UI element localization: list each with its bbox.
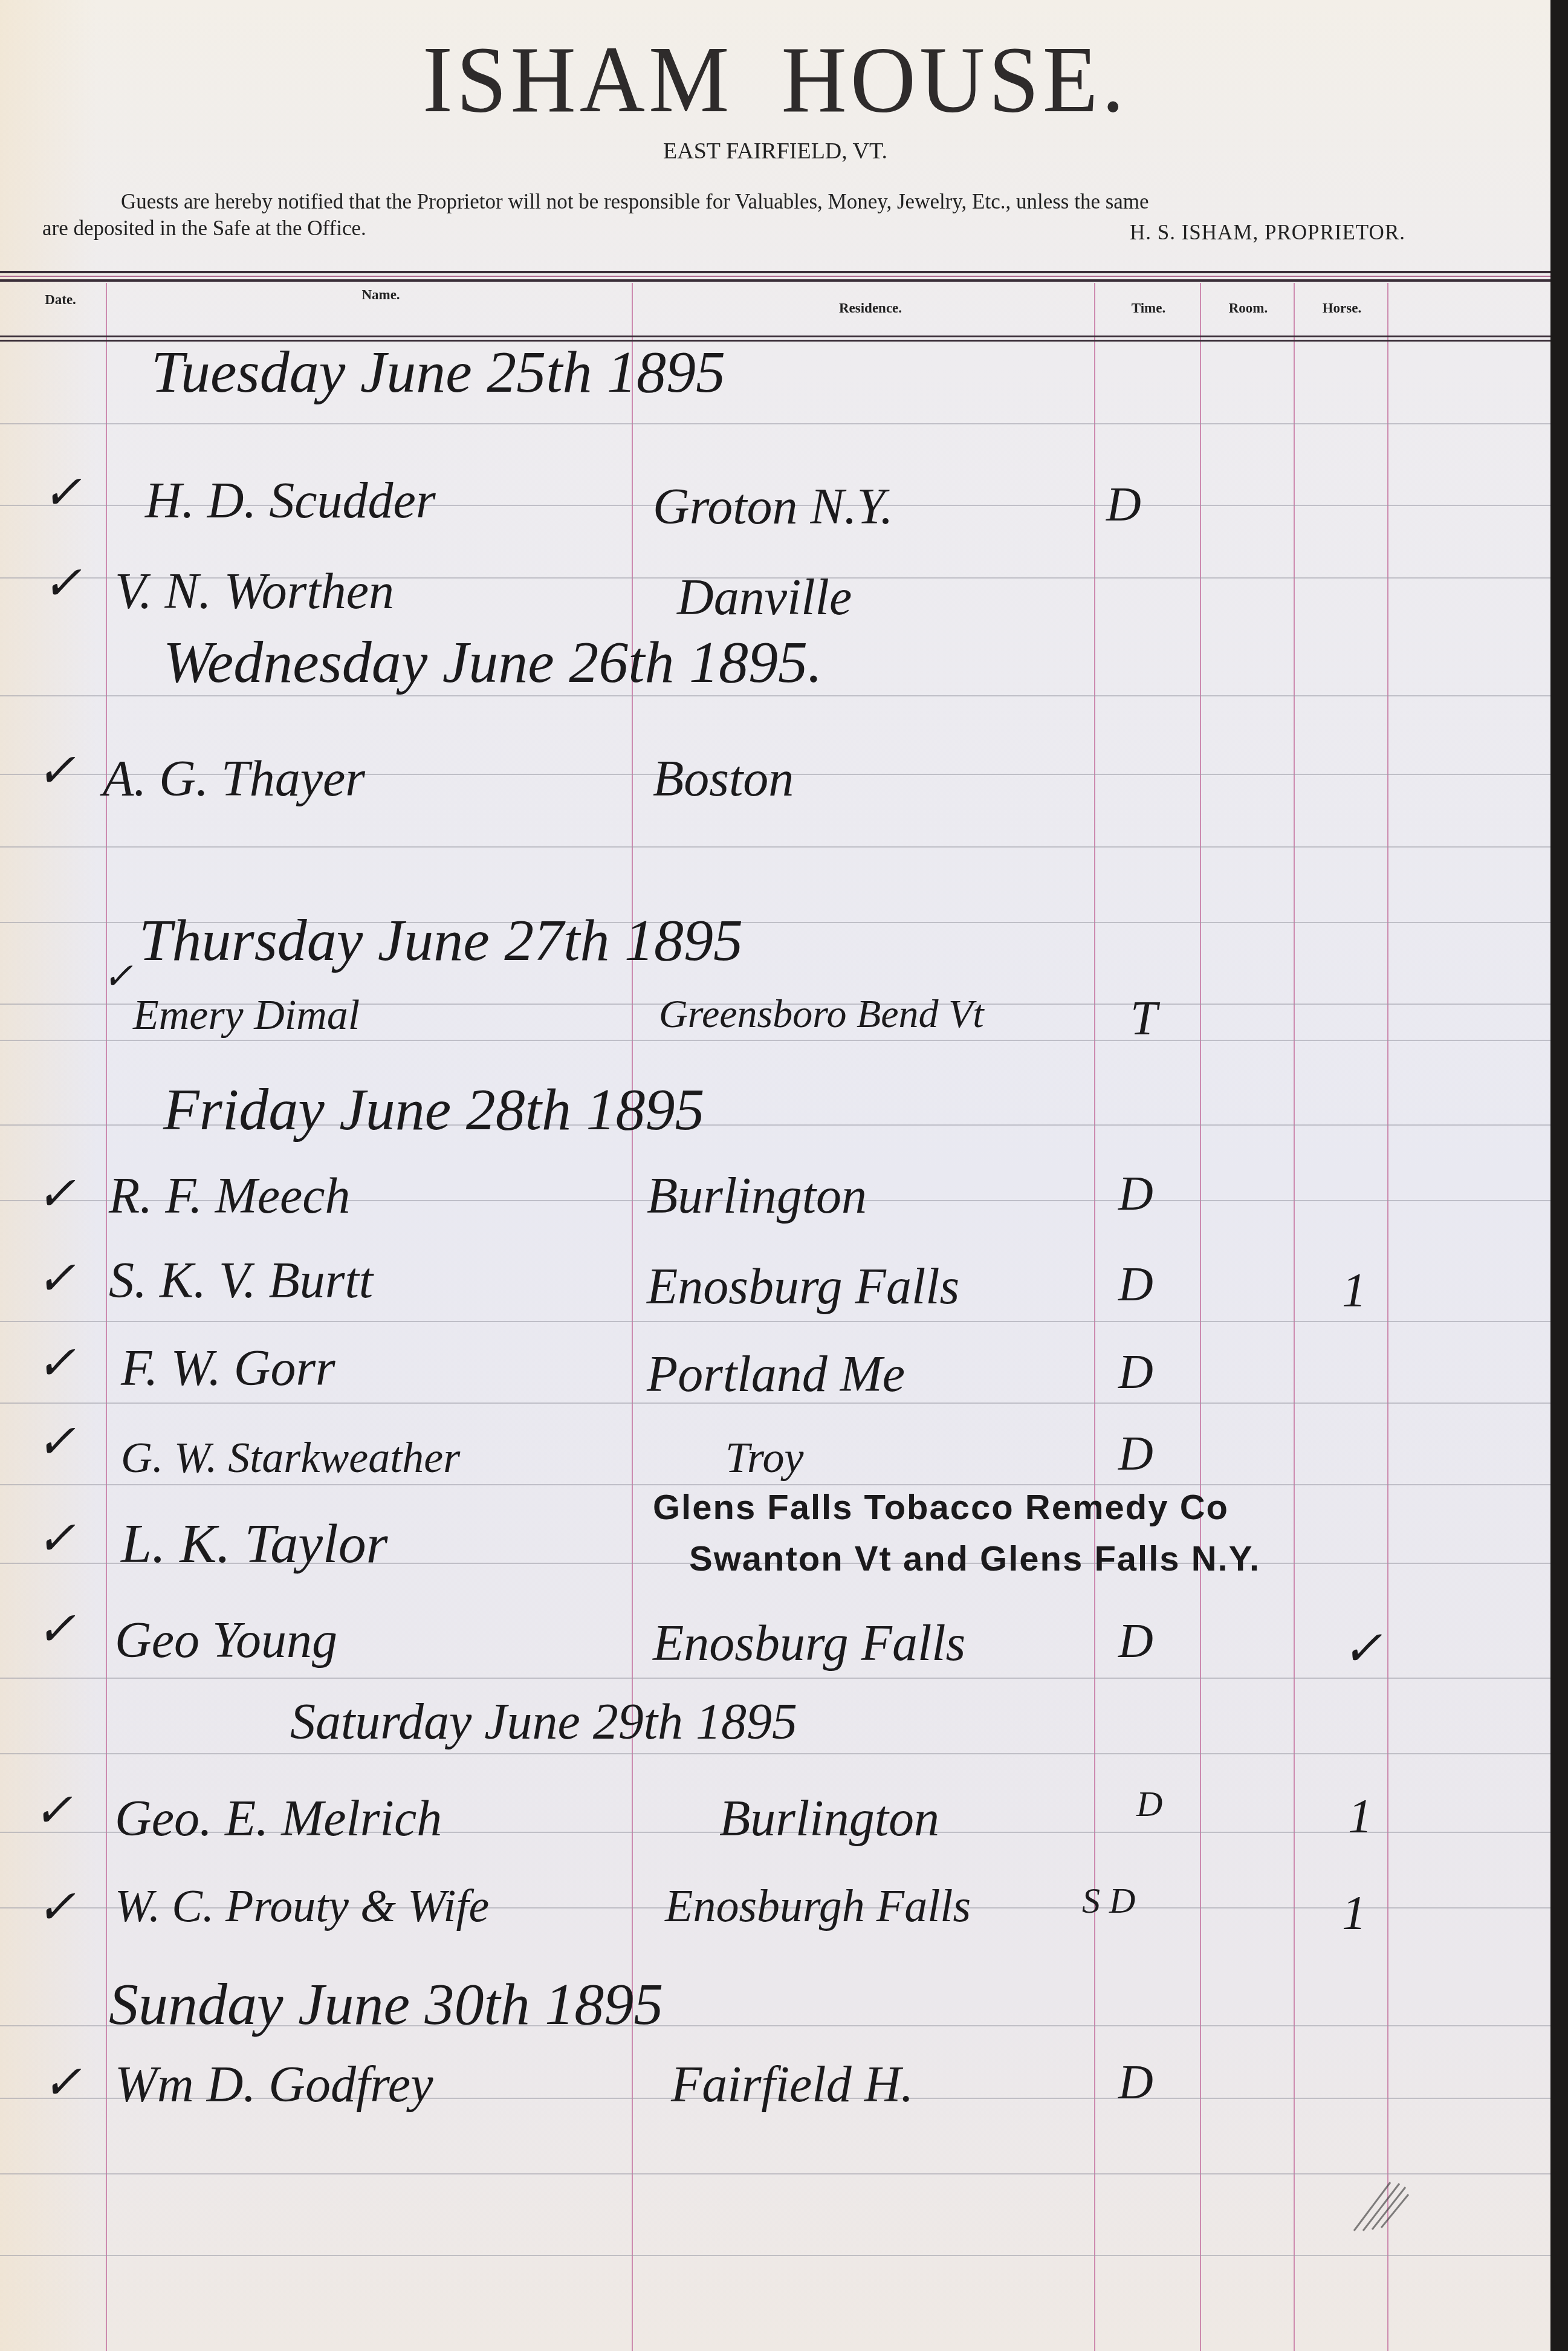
- check-mark: ✓: [36, 1511, 76, 1566]
- guest-residence: Enosburg Falls: [653, 1614, 965, 1673]
- guest-name: A. G. Thayer: [103, 750, 365, 808]
- row-rule: [0, 1753, 1550, 1754]
- check-mark: ✓: [36, 1880, 76, 1934]
- guest-residence: Enosburg Falls: [647, 1257, 959, 1316]
- guest-name: V. N. Worthen: [115, 562, 394, 621]
- guest-residence-line2: Swanton Vt and Glens Falls N.Y.: [689, 1539, 1260, 1579]
- guest-residence: Danville: [677, 568, 852, 627]
- guest-time: D: [1118, 1167, 1153, 1222]
- guest-name: S. K. V. Burtt: [109, 1251, 373, 1310]
- guest-residence: Portland Me: [647, 1345, 905, 1404]
- book-binding-edge: [1550, 0, 1568, 2351]
- check-mark: ✓: [33, 1783, 73, 1838]
- row-rule: [0, 1040, 1550, 1041]
- header-rule-top: [0, 271, 1550, 283]
- page-title: ISHAMHOUSE.: [0, 25, 1550, 134]
- date-heading: Sunday June 30th 1895: [109, 1971, 663, 2038]
- check-mark: ✓: [42, 556, 82, 611]
- guest-horse: ✓: [1342, 1620, 1382, 1677]
- guest-time: D: [1118, 1345, 1153, 1400]
- guest-name: Wm D. Godfrey: [115, 2055, 433, 2114]
- guest-time: D: [1118, 1257, 1153, 1312]
- row-rule: [0, 2173, 1550, 2174]
- column-rule: [1094, 283, 1095, 2351]
- notice-line-2: are deposited in the Safe at the Office.: [42, 216, 366, 240]
- guest-time: D: [1136, 1783, 1162, 1825]
- check-mark: ✓: [36, 1602, 76, 1656]
- guest-residence: Boston: [653, 750, 794, 808]
- column-rule: [1200, 283, 1201, 2351]
- date-heading: Saturday June 29th 1895: [290, 1693, 797, 1751]
- check-mark: ✓: [36, 1167, 76, 1221]
- column-rule: [1294, 283, 1295, 2351]
- row-rule: [0, 1678, 1550, 1679]
- guest-name: F. W. Gorr: [121, 1339, 335, 1398]
- row-rule: [0, 1321, 1550, 1322]
- header-date: Date.: [36, 292, 85, 340]
- check-mark: ✓: [42, 2055, 82, 2110]
- guest-name: Geo Young: [115, 1611, 337, 1670]
- check-mark: ✓: [36, 1251, 76, 1306]
- check-mark: ✓: [36, 1415, 76, 1469]
- guest-name: L. K. Taylor: [121, 1511, 387, 1575]
- guest-residence: Enosburgh Falls: [665, 1880, 971, 1933]
- guest-residence: Glens Falls Tobacco Remedy Co: [653, 1487, 1229, 1528]
- ledger-page: ISHAMHOUSE. EAST FAIRFIELD, VT. Guests a…: [0, 0, 1550, 2351]
- title-word-isham: ISHAM: [423, 27, 733, 132]
- guest-time: D: [1118, 1427, 1153, 1482]
- guest-time: D: [1118, 1614, 1153, 1669]
- check-mark: ✓: [42, 465, 82, 520]
- date-heading: Friday June 28th 1895: [163, 1076, 704, 1144]
- guest-time: D: [1118, 2055, 1153, 2110]
- guest-time: S D: [1082, 1880, 1135, 1922]
- title-word-house: HOUSE.: [781, 27, 1128, 132]
- guest-residence: Troy: [725, 1433, 803, 1483]
- guest-name: G. W. Starkweather: [121, 1433, 460, 1483]
- date-heading: Tuesday June 25th 1895: [151, 339, 725, 406]
- column-rule: [1387, 283, 1388, 2351]
- ink-smudge-icon: [1348, 2170, 1414, 2237]
- column-header-row: Date. Name. Residence. Time. Room. Horse…: [0, 287, 1550, 336]
- column-rule: [106, 283, 107, 2351]
- header-name: Name.: [339, 287, 423, 336]
- guest-residence: Burlington: [647, 1167, 867, 1225]
- guest-residence: Greensboro Bend Vt: [659, 991, 984, 1037]
- guest-time: T: [1130, 991, 1158, 1046]
- guest-horse: 1: [1348, 1789, 1372, 1844]
- guest-name: W. C. Prouty & Wife: [115, 1880, 489, 1933]
- row-rule: [0, 1484, 1550, 1485]
- guest-name: H. D. Scudder: [145, 472, 436, 530]
- guest-residence: Groton N.Y.: [653, 478, 893, 536]
- column-rule: [632, 283, 633, 2351]
- date-heading: Wednesday June 26th 1895.: [163, 629, 823, 696]
- proprietor-signature: H. S. ISHAM, PROPRIETOR.: [1130, 221, 1405, 245]
- guest-horse: 1: [1342, 1263, 1366, 1318]
- date-heading: Thursday June 27th 1895: [139, 907, 743, 974]
- row-rule: [0, 846, 1550, 848]
- check-mark: ✓: [36, 1336, 76, 1390]
- guest-horse: 1: [1342, 1886, 1366, 1941]
- guest-residence: Fairfield H.: [671, 2055, 913, 2114]
- location-subtitle: EAST FAIRFIELD, VT.: [0, 138, 1550, 164]
- notice-line-1: Guests are hereby notified that the Prop…: [42, 189, 1505, 215]
- guest-name: R. F. Meech: [109, 1167, 351, 1225]
- guest-name: Geo. E. Melrich: [115, 1789, 442, 1848]
- guest-time: D: [1106, 478, 1141, 533]
- check-mark: ✓: [36, 744, 76, 798]
- guest-name: Emery Dimal: [133, 991, 360, 1040]
- row-rule: [0, 2255, 1550, 2256]
- guest-residence: Burlington: [719, 1789, 939, 1848]
- check-mark: ✓: [103, 955, 133, 997]
- row-rule: [0, 423, 1550, 424]
